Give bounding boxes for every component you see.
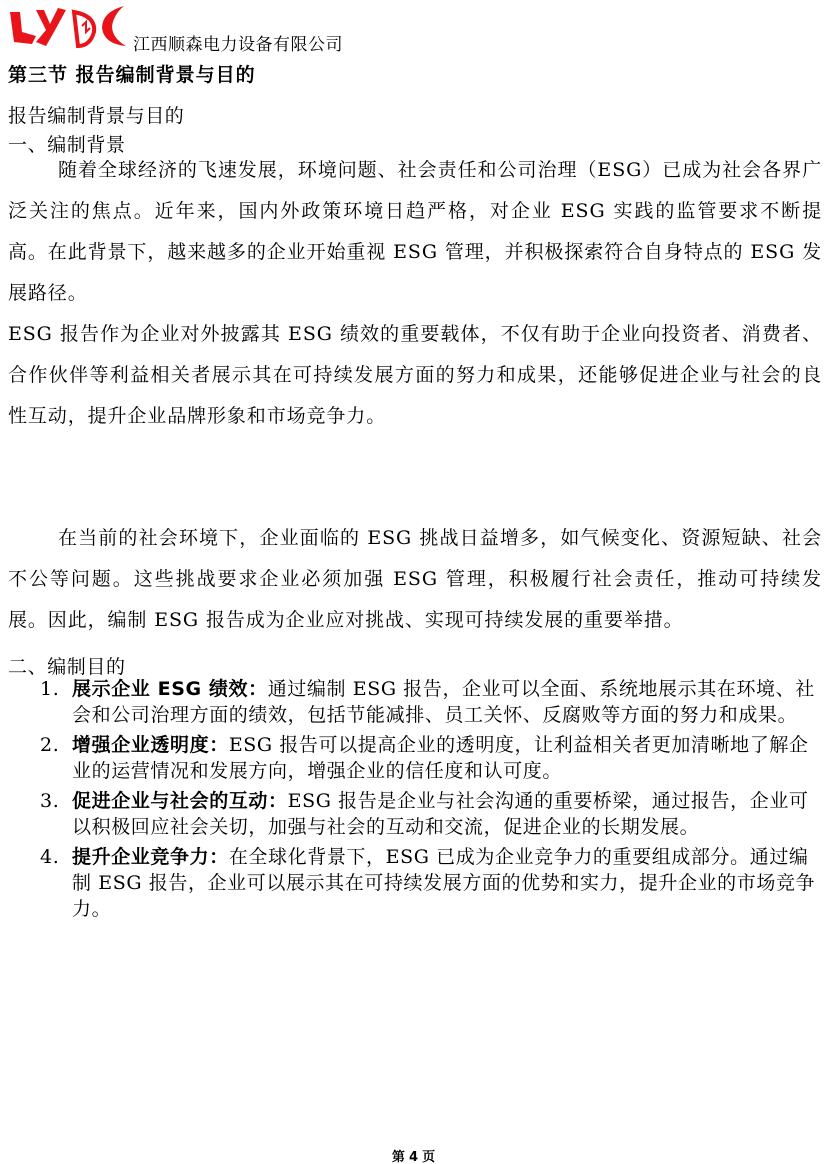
subtitle: 报告编制背景与目的 <box>8 101 184 128</box>
item-title: 促进企业与社会的互动： <box>72 790 288 812</box>
item-title: 展示企业 ESG 绩效： <box>72 678 268 700</box>
purpose-list: 1. 展示企业 ESG 绩效：通过编制 ESG 报告，企业可以全面、系统地展示其… <box>40 676 820 926</box>
page-number: 第 4 页 <box>0 1146 827 1164</box>
list-item: 1. 展示企业 ESG 绩效：通过编制 ESG 报告，企业可以全面、系统地展示其… <box>40 676 820 728</box>
background-paragraph-2: ESG 报告作为企业对外披露其 ESG 绩效的重要载体，不仅有助于企业向投资者、… <box>8 314 822 437</box>
purpose-heading: 二、编制目的 <box>8 652 126 679</box>
company-name: 江西顺森电力设备有限公司 <box>133 34 343 56</box>
section-title: 第三节 报告编制背景与目的 <box>8 60 256 87</box>
page-header: 江西顺森电力设备有限公司 <box>0 0 827 56</box>
company-logo-icon <box>6 2 132 48</box>
background-paragraph-1: 随着全球经济的飞速发展，环境问题、社会责任和公司治理（ESG）已成为社会各界广泛… <box>8 150 822 314</box>
list-item: 3. 促进企业与社会的互动：ESG 报告是企业与社会沟通的重要桥梁，通过报告，企… <box>40 788 820 840</box>
background-paragraph-3: 在当前的社会环境下，企业面临的 ESG 挑战日益增多，如气候变化、资源短缺、社会… <box>8 518 822 641</box>
item-title: 增强企业透明度： <box>72 734 229 756</box>
list-item: 2. 增强企业透明度：ESG 报告可以提高企业的透明度，让利益相关者更加清晰地了… <box>40 732 820 784</box>
list-item: 4. 提升企业竞争力：在全球化背景下，ESG 已成为企业竞争力的重要组成部分。通… <box>40 844 820 922</box>
item-title: 提升企业竞争力： <box>72 846 229 868</box>
